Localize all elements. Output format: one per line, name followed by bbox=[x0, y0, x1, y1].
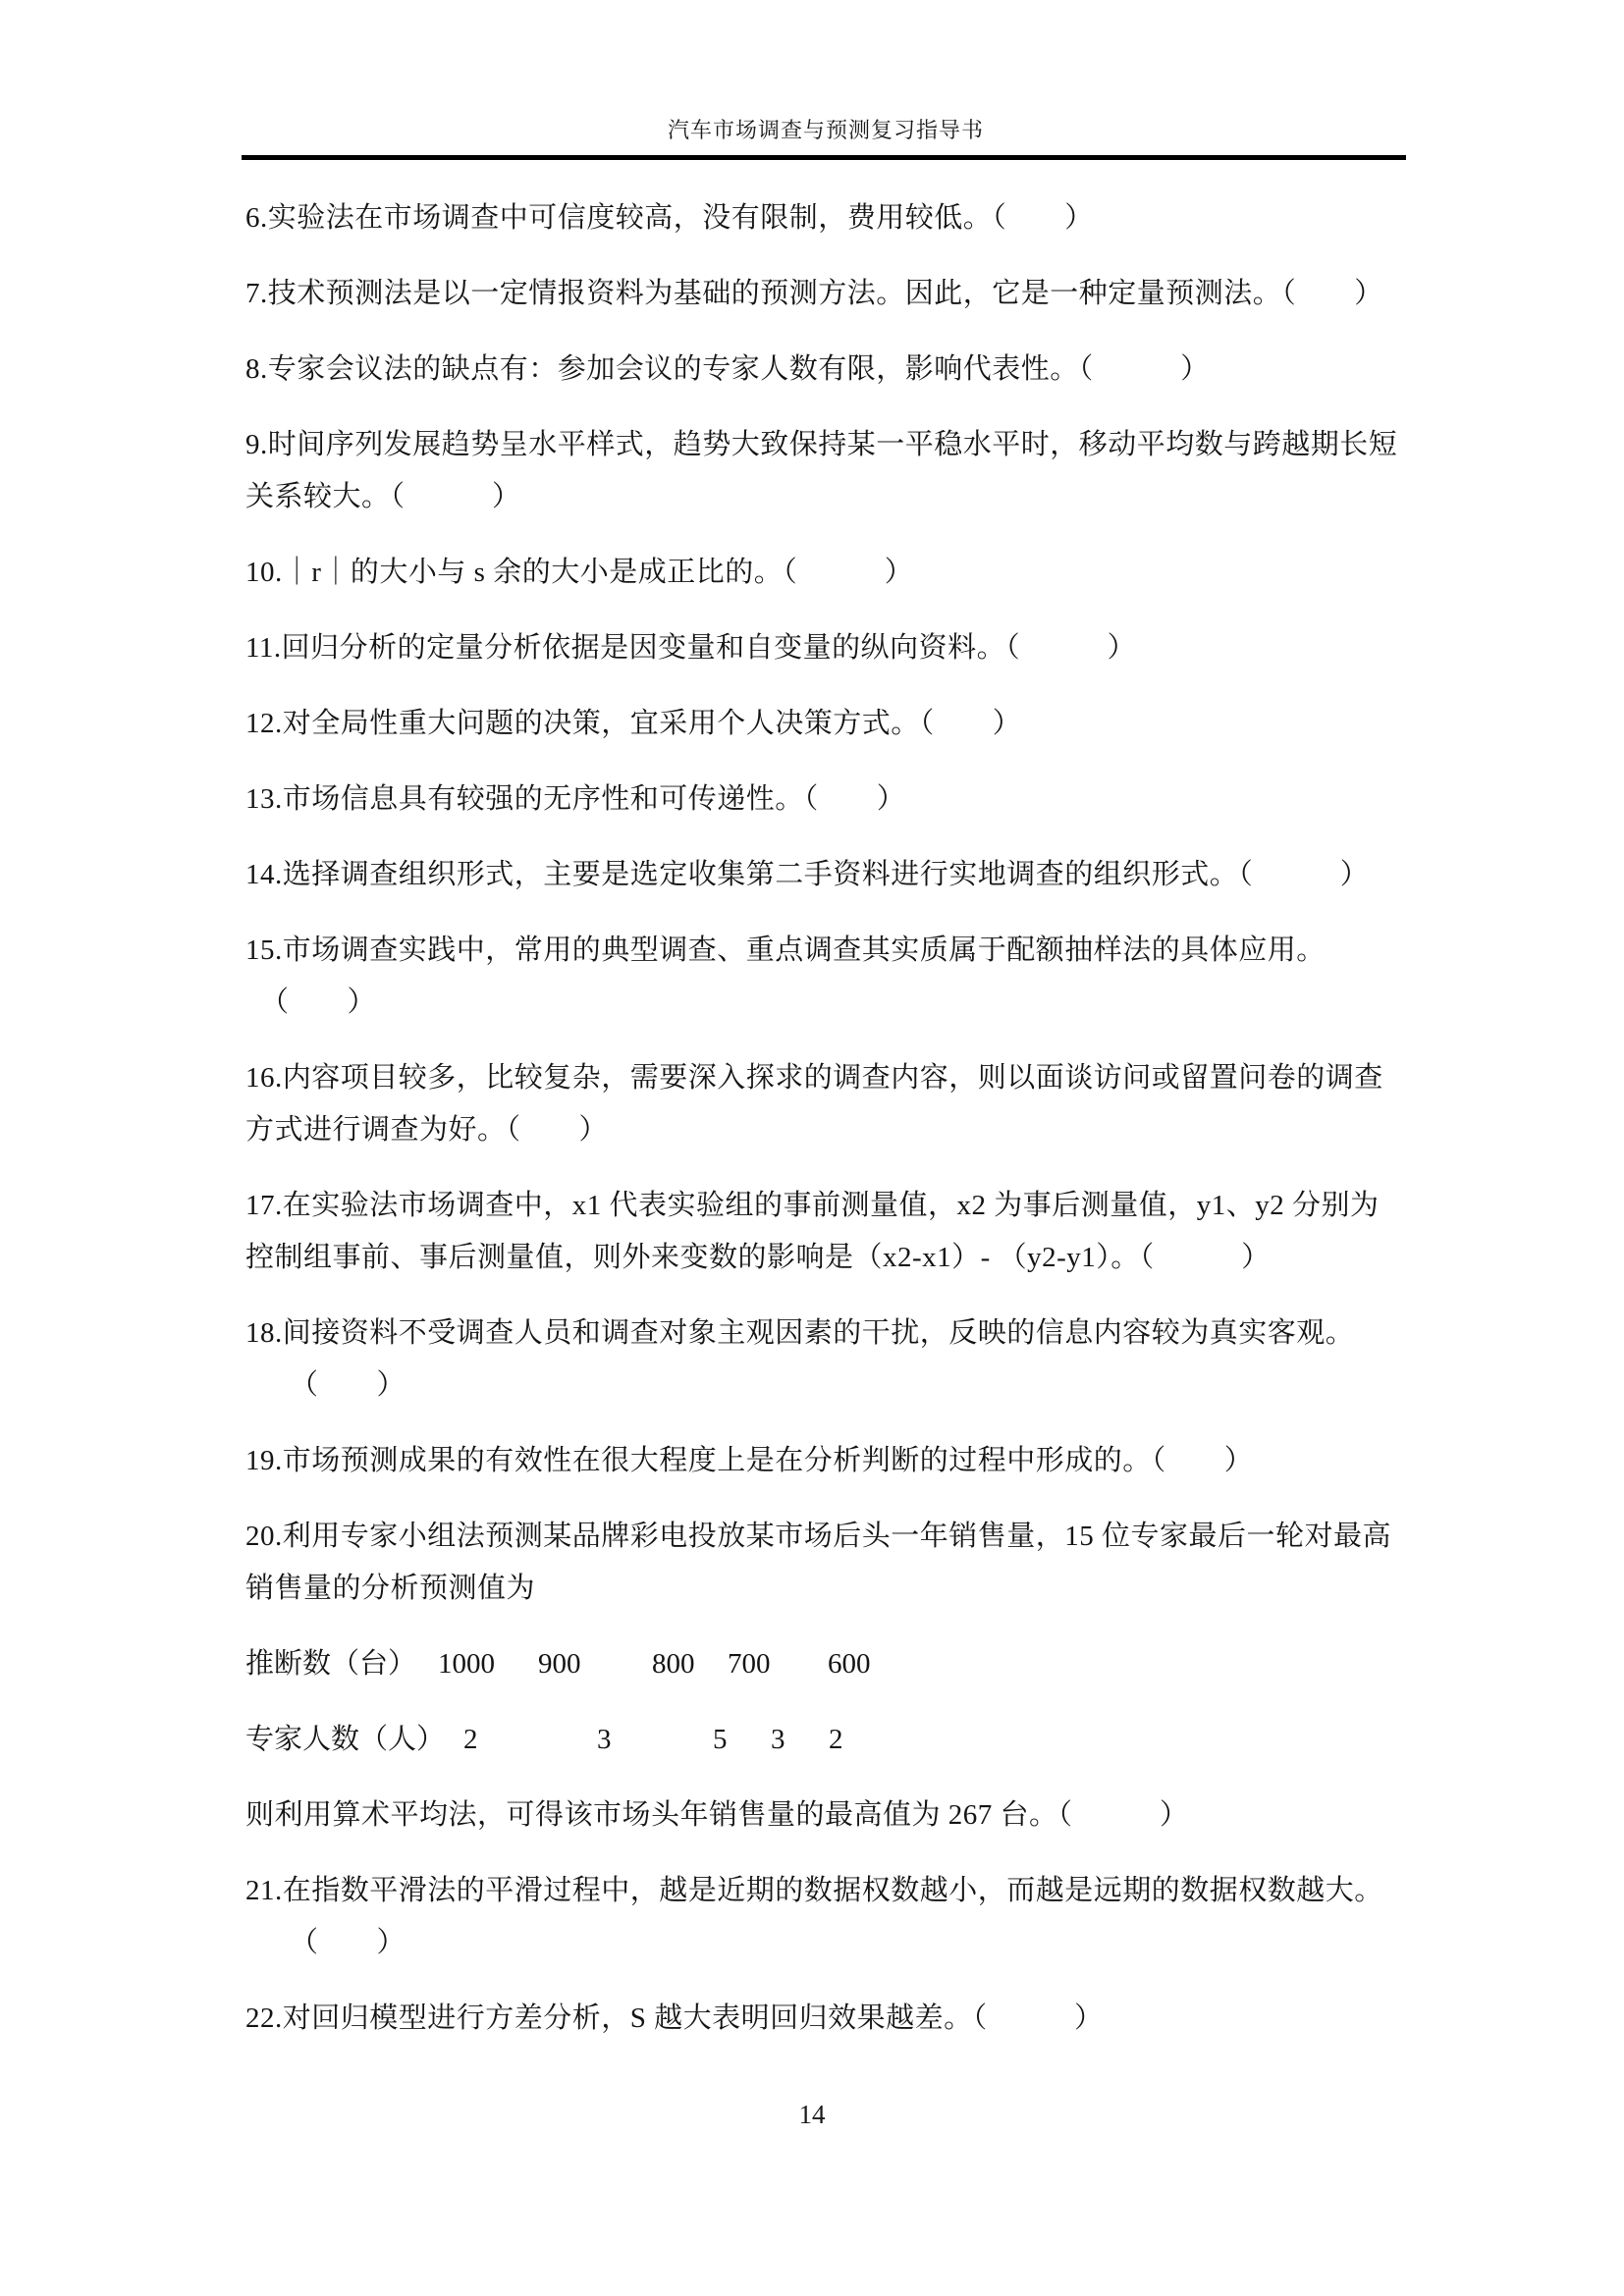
experts-count: 3 bbox=[771, 1714, 785, 1766]
question-12: 12.对全局性重大问题的决策，宜采用个人决策方式。（ ） bbox=[245, 698, 1410, 750]
question-11: 11.回归分析的定量分析依据是因变量和自变量的纵向资料。（ ） bbox=[245, 622, 1410, 674]
question-line: 11.回归分析的定量分析依据是因变量和自变量的纵向资料。（ ） bbox=[245, 622, 1410, 674]
question-17: 17.在实验法市场调查中，x1 代表实验组的事前测量值，x2 为事后测量值，y1… bbox=[245, 1180, 1410, 1284]
question-10: 10.｜r｜的大小与 s 余的大小是成正比的。（ ） bbox=[245, 547, 1410, 599]
question-line: 21.在指数平滑法的平滑过程中，越是近期的数据权数越小，而越是远期的数据权数越大… bbox=[245, 1865, 1410, 1917]
question-line: 16.内容项目较多，比较复杂，需要深入探求的调查内容，则以面谈访问或留置问卷的调… bbox=[245, 1052, 1410, 1104]
question-line: 方式进行调查为好。（ ） bbox=[245, 1104, 1410, 1156]
question-line: 10.｜r｜的大小与 s 余的大小是成正比的。（ ） bbox=[245, 547, 1410, 599]
question-line: 13.市场信息具有较强的无序性和可传递性。（ ） bbox=[245, 774, 1410, 826]
experts-count: 5 bbox=[713, 1714, 728, 1766]
experts-row: 专家人数（人） 2 3 5 3 2 bbox=[245, 1714, 1410, 1766]
experts-count: 2 bbox=[829, 1714, 843, 1766]
question-line: 销售量的分析预测值为 bbox=[245, 1563, 1410, 1615]
document-page: 汽车市场调查与预测复习指导书 6.实验法在市场调查中可信度较高，没有限制，费用较… bbox=[0, 0, 1624, 2296]
question-line: 控制组事前、事后测量值，则外来变数的影响是（x2-x1）- （y2-y1）。（ … bbox=[245, 1232, 1410, 1284]
experts-count: 2 bbox=[463, 1714, 478, 1766]
question-20-conclusion: 则利用算术平均法，可得该市场头年销售量的最高值为 267 台。（ ） bbox=[245, 1789, 1410, 1842]
question-14: 14.选择调查组织形式，主要是选定收集第二手资料进行实地调查的组织形式。（ ） bbox=[245, 849, 1410, 901]
question-16: 16.内容项目较多，比较复杂，需要深入探求的调查内容，则以面谈访问或留置问卷的调… bbox=[245, 1052, 1410, 1156]
header-divider-rule bbox=[242, 155, 1406, 160]
estimate-value: 600 bbox=[828, 1638, 871, 1690]
question-line: 17.在实验法市场调查中，x1 代表实验组的事前测量值，x2 为事后测量值，y1… bbox=[245, 1180, 1410, 1232]
estimate-row: 推断数（台） 1000 900 800 700 600 bbox=[245, 1638, 1410, 1690]
page-header-title: 汽车市场调查与预测复习指导书 bbox=[245, 116, 1406, 145]
question-19: 19.市场预测成果的有效性在很大程度上是在分析判断的过程中形成的。（ ） bbox=[245, 1435, 1410, 1487]
question-line: 则利用算术平均法，可得该市场头年销售量的最高值为 267 台。（ ） bbox=[245, 1789, 1410, 1842]
question-line: 12.对全局性重大问题的决策，宜采用个人决策方式。（ ） bbox=[245, 698, 1410, 750]
question-20: 20.利用专家小组法预测某品牌彩电投放某市场后头一年销售量，15 位专家最后一轮… bbox=[245, 1511, 1410, 1615]
question-list: 6.实验法在市场调查中可信度较高，没有限制，费用较低。（ ） 7.技术预测法是以… bbox=[245, 192, 1410, 2068]
question-6: 6.实验法在市场调查中可信度较高，没有限制，费用较低。（ ） bbox=[245, 192, 1410, 244]
question-line: 8.专家会议法的缺点有：参加会议的专家人数有限，影响代表性。（ ） bbox=[245, 344, 1410, 396]
answer-blank-line: （ ） bbox=[245, 1360, 1410, 1412]
question-21: 21.在指数平滑法的平滑过程中，越是近期的数据权数越小，而越是远期的数据权数越大… bbox=[245, 1865, 1410, 1969]
question-line: 20.利用专家小组法预测某品牌彩电投放某市场后头一年销售量，15 位专家最后一轮… bbox=[245, 1511, 1410, 1563]
answer-blank-line: （ ） bbox=[245, 1917, 1410, 1969]
question-line: 6.实验法在市场调查中可信度较高，没有限制，费用较低。（ ） bbox=[245, 192, 1410, 244]
estimate-value: 800 bbox=[652, 1638, 695, 1690]
question-line: 18.间接资料不受调查人员和调查对象主观因素的干扰，反映的信息内容较为真实客观。 bbox=[245, 1308, 1410, 1360]
experts-count: 3 bbox=[597, 1714, 612, 1766]
question-13: 13.市场信息具有较强的无序性和可传递性。（ ） bbox=[245, 774, 1410, 826]
question-15: 15.市场调查实践中，常用的典型调查、重点调查其实质属于配额抽样法的具体应用。 … bbox=[245, 925, 1410, 1029]
question-8: 8.专家会议法的缺点有：参加会议的专家人数有限，影响代表性。（ ） bbox=[245, 344, 1410, 396]
estimate-row-label: 推断数（台） bbox=[245, 1638, 416, 1690]
answer-blank-line: （ ） bbox=[245, 977, 1410, 1029]
page-number: 14 bbox=[0, 2089, 1624, 2141]
question-7: 7.技术预测法是以一定情报资料为基础的预测方法。因此，它是一种定量预测法。（ ） bbox=[245, 268, 1410, 320]
question-line: 9.时间序列发展趋势呈水平样式，趋势大致保持某一平稳水平时，移动平均数与跨越期长… bbox=[245, 419, 1410, 471]
question-line: 22.对回归模型进行方差分析，S 越大表明回归效果越差。（ ） bbox=[245, 1993, 1410, 2045]
question-line: 关系较大。（ ） bbox=[245, 471, 1410, 523]
question-line: 14.选择调查组织形式，主要是选定收集第二手资料进行实地调查的组织形式。（ ） bbox=[245, 849, 1410, 901]
estimate-value: 1000 bbox=[438, 1638, 495, 1690]
estimate-value: 700 bbox=[728, 1638, 771, 1690]
experts-row-label: 专家人数（人） bbox=[245, 1714, 445, 1766]
question-line: 7.技术预测法是以一定情报资料为基础的预测方法。因此，它是一种定量预测法。（ ） bbox=[245, 268, 1410, 320]
question-line: 19.市场预测成果的有效性在很大程度上是在分析判断的过程中形成的。（ ） bbox=[245, 1435, 1410, 1487]
question-22: 22.对回归模型进行方差分析，S 越大表明回归效果越差。（ ） bbox=[245, 1993, 1410, 2045]
question-line: 15.市场调查实践中，常用的典型调查、重点调查其实质属于配额抽样法的具体应用。 bbox=[245, 925, 1410, 977]
estimate-value: 900 bbox=[538, 1638, 581, 1690]
question-9: 9.时间序列发展趋势呈水平样式，趋势大致保持某一平稳水平时，移动平均数与跨越期长… bbox=[245, 419, 1410, 523]
question-18: 18.间接资料不受调查人员和调查对象主观因素的干扰，反映的信息内容较为真实客观。… bbox=[245, 1308, 1410, 1412]
